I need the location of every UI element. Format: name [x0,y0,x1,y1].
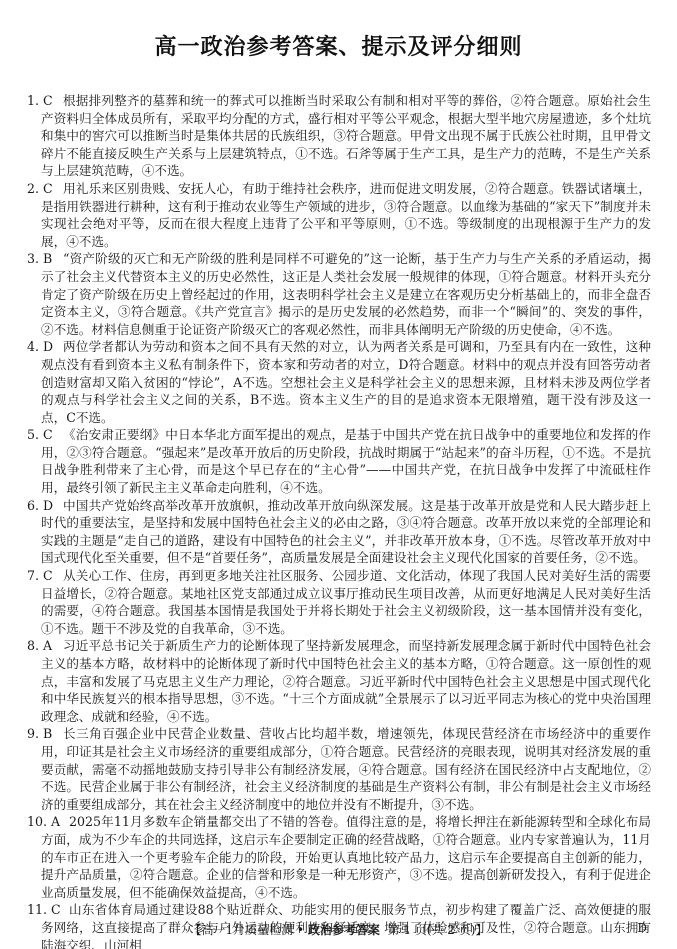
answer-number: 10. A [27,813,60,831]
answer-item-3: 3. B“资产阶级的灭亡和无产阶级的胜利是同样不可避免的”这一论断，基于生产力与… [27,250,651,338]
footer-subject: 政治参考答案 [308,923,380,937]
answer-explanation: 《治安肃正要纲》中日本华北方面军提出的观点，是基于中国共产党在抗日战争中的重要地… [41,426,651,496]
answer-explanation: 习近平总书记关于新质生产力的论断体现了坚持新发展理念，而坚持新发展理念属于新时代… [41,637,651,725]
answer-number: 5. C [27,426,53,444]
answer-explanation: 根据排列整齐的墓葬和统一的葬式可以推断当时采取公有制和相对平等的葬俗，②符合题意… [41,92,651,180]
footer-separator: • [293,923,308,937]
footer-exam-name: 高一1月质量检测 [202,923,294,937]
answer-item-9: 9. B长三角百强企业中民营企业数量、营收占比均超半数，增速领先，体现民营经济在… [27,725,651,813]
answer-explanation: 长三角百强企业中民营企业数量、营收占比均超半数，增速领先，体现民营经济在市场经济… [41,725,651,813]
version-code: D [637,921,647,935]
answer-number: 6. D [27,497,53,515]
answer-number: 9. B [27,725,52,743]
answer-item-6: 6. D中国共产党始终高举改革开放旗帜，推动改革开放向纵深发展。这是基于改革开放… [27,497,651,567]
answer-explanation: “资产阶级的灭亡和无产阶级的胜利是同样不可避免的”这一论断，基于生产力与生产关系… [41,250,651,338]
footer-page-number: 第 1 页(共 2 页) [388,923,476,937]
answer-item-4: 4. D两位学者都认为劳动和资本之间不具有天然的对立，认为两者关系是可调和，乃至… [27,338,651,426]
answer-number: 11. C [27,901,61,919]
answer-item-5: 5. C《治安肃正要纲》中日本华北方面军提出的观点，是基于中国共产党在抗日战争中… [27,426,651,496]
answer-explanation: 两位学者都认为劳动和资本之间不具有天然的对立，认为两者关系是可调和，乃至具有内在… [41,338,651,426]
answer-item-2: 2. C用礼乐来区别贵贱、安抚人心，有助于维持社会秩序，进而促进文明发展，②符合… [27,180,651,250]
answer-number: 8. A [27,637,52,655]
page-title: 高一政治参考答案、提示及评分细则 [0,30,677,61]
page-footer: 【高一1月质量检测 • 政治参考答案 第 1 页(共 2 页)】 [0,921,677,938]
answer-explanation: 2025年11月多数车企销量都交出了不错的答卷。值得注意的是，将增长押注在新能源… [41,813,651,901]
answer-item-1: 1. C根据排列整齐的墓葬和统一的葬式可以推断当时采取公有制和相对平等的葬俗，②… [27,92,651,180]
footer-bracket-left: 【 [190,923,202,937]
answer-number: 4. D [27,338,53,356]
answer-list: 1. C根据排列整齐的墓葬和统一的葬式可以推断当时采取公有制和相对平等的葬俗，②… [27,92,651,949]
answer-item-8: 8. A习近平总书记关于新质生产力的论断体现了坚持新发展理念，而坚持新发展理念属… [27,637,651,725]
answer-explanation: 中国共产党始终高举改革开放旗帜，推动改革开放向纵深发展。这是基于改革开放是党和人… [41,497,651,567]
answer-explanation: 从关心工作、住房，再到更多地关注社区服务、公园步道、文化活动，体现了我国人民对美… [41,567,651,637]
answer-item-10: 10. A2025年11月多数车企销量都交出了不错的答卷。值得注意的是，将增长押… [27,813,651,901]
footer-bracket-right: 】 [475,923,487,937]
answer-number: 1. C [27,92,53,110]
answer-number: 7. C [27,567,53,585]
answer-number: 3. B [27,250,52,268]
answer-item-7: 7. C从关心工作、住房，再到更多地关注社区服务、公园步道、文化活动，体现了我国… [27,567,651,637]
answer-explanation: 用礼乐来区别贵贱、安抚人心，有助于维持社会秩序，进而促进文明发展，②符合题意。铁… [41,180,651,250]
answer-number: 2. C [27,180,53,198]
